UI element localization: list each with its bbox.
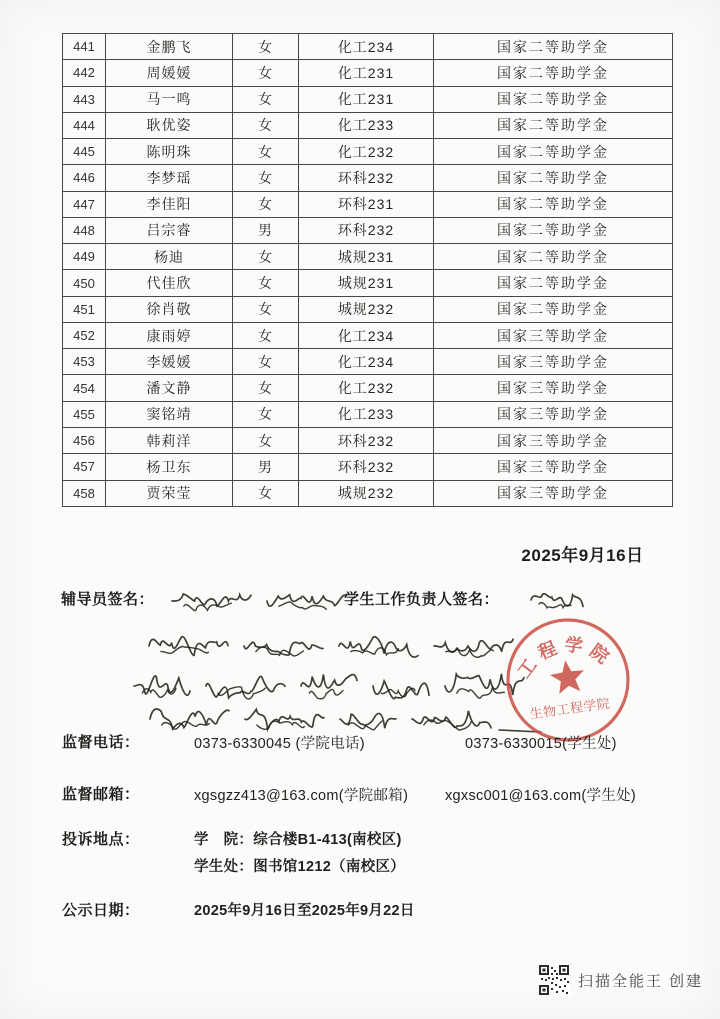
- watermark-text: 扫描全能王 创建: [578, 970, 703, 991]
- handwritten-signature: [256, 647, 303, 656]
- handwritten-signature: [381, 688, 415, 697]
- table-row: 444耿优姿女化工233国家二等助学金: [63, 112, 673, 138]
- cell-class_name: 化工231: [299, 60, 434, 86]
- cell-gender: 女: [233, 139, 299, 165]
- cell-award: 国家二等助学金: [434, 86, 673, 112]
- handwritten-signature: [309, 689, 343, 698]
- cell-no: 455: [63, 401, 106, 427]
- scanned-document-page: 441金鹏飞女化工234国家二等助学金442周媛媛女化工231国家二等助学金44…: [0, 0, 720, 1019]
- cell-class_name: 化工232: [299, 139, 434, 165]
- cell-name: 马一鸣: [106, 86, 233, 112]
- cell-award: 国家二等助学金: [434, 217, 673, 243]
- table-row: 450代佳欣女城规231国家二等助学金: [63, 270, 673, 296]
- handwritten-signature: [150, 709, 229, 729]
- cell-award: 国家三等助学金: [434, 427, 673, 453]
- complaint-location-student-office: 学生处：图书馆1212（南校区）: [194, 855, 405, 876]
- cell-award: 国家三等助学金: [434, 480, 673, 506]
- cell-no: 450: [63, 270, 106, 296]
- stamp-star-icon: [548, 658, 586, 695]
- cell-no: 453: [63, 349, 106, 375]
- cell-name: 陈明珠: [106, 139, 233, 165]
- cell-gender: 女: [233, 375, 299, 401]
- cell-no: 452: [63, 322, 106, 348]
- document-date: 2025年9月16日: [510, 541, 655, 566]
- cell-class_name: 化工234: [299, 322, 434, 348]
- college-email: xgsgzz413@163.com(学院邮箱): [194, 784, 408, 805]
- cell-gender: 男: [233, 454, 299, 480]
- cell-class_name: 化工232: [299, 375, 434, 401]
- cell-no: 458: [63, 480, 106, 506]
- handwritten-signature: [351, 648, 398, 655]
- cell-no: 446: [63, 165, 106, 191]
- cell-award: 国家二等助学金: [434, 296, 673, 322]
- handwritten-signature: [301, 674, 357, 688]
- cell-name: 李媛媛: [106, 349, 233, 375]
- cell-name: 杨迪: [106, 244, 233, 270]
- cell-no: 444: [63, 112, 106, 138]
- scanner-watermark: 扫描全能王 创建: [538, 964, 703, 996]
- handwritten-signature: [339, 637, 418, 657]
- cell-class_name: 环科232: [299, 427, 434, 453]
- cell-award: 国家二等助学金: [434, 34, 673, 60]
- table-row: 445陈明珠女化工232国家二等助学金: [63, 139, 673, 165]
- cell-award: 国家二等助学金: [434, 60, 673, 86]
- table-row: 447李佳阳女环科231国家二等助学金: [63, 191, 673, 217]
- cell-gender: 女: [233, 480, 299, 506]
- handwritten-signature: [340, 713, 396, 728]
- cell-award: 国家二等助学金: [434, 139, 673, 165]
- cell-gender: 女: [233, 427, 299, 453]
- cell-gender: 男: [233, 217, 299, 243]
- handwritten-signature: [348, 721, 382, 730]
- cell-no: 451: [63, 296, 106, 322]
- table-row: 449杨迪女城规231国家二等助学金: [63, 244, 673, 270]
- roster-body: 441金鹏飞女化工234国家二等助学金442周媛媛女化工231国家二等助学金44…: [63, 34, 673, 507]
- cell-class_name: 城规231: [299, 270, 434, 296]
- cell-name: 贾荣莹: [106, 480, 233, 506]
- cell-name: 韩莉洋: [106, 427, 233, 453]
- cell-no: 442: [63, 60, 106, 86]
- cell-gender: 女: [233, 191, 299, 217]
- cell-award: 国家二等助学金: [434, 112, 673, 138]
- table-row: 451徐肖敬女城规232国家二等助学金: [63, 296, 673, 322]
- cell-no: 457: [63, 454, 106, 480]
- handwritten-signature: [218, 687, 265, 699]
- cell-award: 国家三等助学金: [434, 401, 673, 427]
- cell-name: 周媛媛: [106, 60, 233, 86]
- table-row: 456韩莉洋女环科232国家三等助学金: [63, 427, 673, 453]
- cell-gender: 女: [233, 165, 299, 191]
- table-row: 448吕宗睿男环科232国家二等助学金: [63, 217, 673, 243]
- cell-gender: 女: [233, 34, 299, 60]
- cell-gender: 女: [233, 296, 299, 322]
- handwritten-signature: [149, 637, 228, 656]
- cell-class_name: 环科231: [299, 191, 434, 217]
- cell-class_name: 环科232: [299, 454, 434, 480]
- handwritten-signature: [267, 595, 346, 606]
- handwritten-signature: [172, 594, 251, 606]
- cell-gender: 女: [233, 270, 299, 296]
- cell-gender: 女: [233, 322, 299, 348]
- cell-class_name: 化工234: [299, 34, 434, 60]
- cell-award: 国家三等助学金: [434, 349, 673, 375]
- student-office-phone: 0373-6330015(学生处): [465, 732, 617, 753]
- cell-name: 徐肖敬: [106, 296, 233, 322]
- cell-gender: 女: [233, 60, 299, 86]
- cell-class_name: 城规232: [299, 296, 434, 322]
- cell-class_name: 城规232: [299, 480, 434, 506]
- cell-no: 456: [63, 427, 106, 453]
- complaint-location-label: 投诉地点：: [62, 828, 140, 849]
- complaint-location-college: 学 院：综合楼B1-413(南校区): [194, 828, 402, 849]
- cell-class_name: 环科232: [299, 217, 434, 243]
- stamp-inner-text: 生物工程学院: [529, 695, 611, 721]
- cell-no: 449: [63, 244, 106, 270]
- table-row: 457杨卫东男环科232国家三等助学金: [63, 454, 673, 480]
- cell-award: 国家二等助学金: [434, 270, 673, 296]
- qr-code: [538, 964, 570, 996]
- supervision-phone-label: 监督电话：: [62, 731, 140, 752]
- handwritten-signature: [244, 642, 323, 655]
- handwritten-signature: [245, 709, 324, 729]
- table-row: 452康雨婷女化工234国家三等助学金: [63, 322, 673, 348]
- supervision-email-label: 监督邮箱：: [62, 783, 140, 804]
- cell-award: 国家三等助学金: [434, 375, 673, 401]
- cell-gender: 女: [233, 112, 299, 138]
- cell-gender: 女: [233, 86, 299, 112]
- table-row: 441金鹏飞女化工234国家二等助学金: [63, 34, 673, 60]
- cell-award: 国家三等助学金: [434, 322, 673, 348]
- table-row: 454潘文静女化工232国家三等助学金: [63, 375, 673, 401]
- cell-class_name: 化工234: [299, 349, 434, 375]
- cell-class_name: 化工233: [299, 112, 434, 138]
- cell-gender: 女: [233, 349, 299, 375]
- publicity-date-range: 2025年9月16日至2025年9月22日: [194, 899, 415, 920]
- cell-name: 李梦瑶: [106, 165, 233, 191]
- cell-name: 李佳阳: [106, 191, 233, 217]
- cell-award: 国家二等助学金: [434, 244, 673, 270]
- table-row: 442周媛媛女化工231国家二等助学金: [63, 60, 673, 86]
- cell-gender: 女: [233, 244, 299, 270]
- cell-class_name: 化工231: [299, 86, 434, 112]
- cell-class_name: 化工233: [299, 401, 434, 427]
- cell-award: 国家二等助学金: [434, 165, 673, 191]
- cell-name: 窦铭靖: [106, 401, 233, 427]
- college-phone: 0373-6330045 (学院电话): [194, 732, 365, 753]
- cell-no: 448: [63, 217, 106, 243]
- cell-no: 447: [63, 191, 106, 217]
- table-row: 455窦铭靖女化工233国家三等助学金: [63, 401, 673, 427]
- cell-no: 454: [63, 375, 106, 401]
- student-aid-table: 441金鹏飞女化工234国家二等助学金442周媛媛女化工231国家二等助学金44…: [62, 33, 673, 507]
- cell-name: 潘文静: [106, 375, 233, 401]
- handwritten-signature: [257, 721, 304, 729]
- cell-name: 金鹏飞: [106, 34, 233, 60]
- cell-gender: 女: [233, 401, 299, 427]
- handwritten-signature: [184, 603, 231, 610]
- publicity-date-label: 公示日期：: [62, 899, 140, 920]
- cell-no: 445: [63, 139, 106, 165]
- table-row: 443马一鸣女化工231国家二等助学金: [63, 86, 673, 112]
- cell-class_name: 环科232: [299, 165, 434, 191]
- handwritten-signature: [206, 676, 285, 697]
- student-office-email: xgxsc001@163.com(学生处): [445, 784, 636, 805]
- handwritten-signature: [161, 646, 208, 653]
- cell-name: 吕宗睿: [106, 217, 233, 243]
- table-row: 453李媛媛女化工234国家三等助学金: [63, 349, 673, 375]
- cell-name: 耿优姿: [106, 112, 233, 138]
- table-row: 458贾荣莹女城规232国家三等助学金: [63, 480, 673, 506]
- cell-name: 杨卫东: [106, 454, 233, 480]
- cell-award: 国家二等助学金: [434, 191, 673, 217]
- cell-no: 441: [63, 34, 106, 60]
- cell-no: 443: [63, 86, 106, 112]
- cell-name: 康雨婷: [106, 322, 233, 348]
- cell-class_name: 城规231: [299, 244, 434, 270]
- cell-name: 代佳欣: [106, 270, 233, 296]
- cell-award: 国家三等助学金: [434, 454, 673, 480]
- table-row: 446李梦瑶女环科232国家二等助学金: [63, 165, 673, 191]
